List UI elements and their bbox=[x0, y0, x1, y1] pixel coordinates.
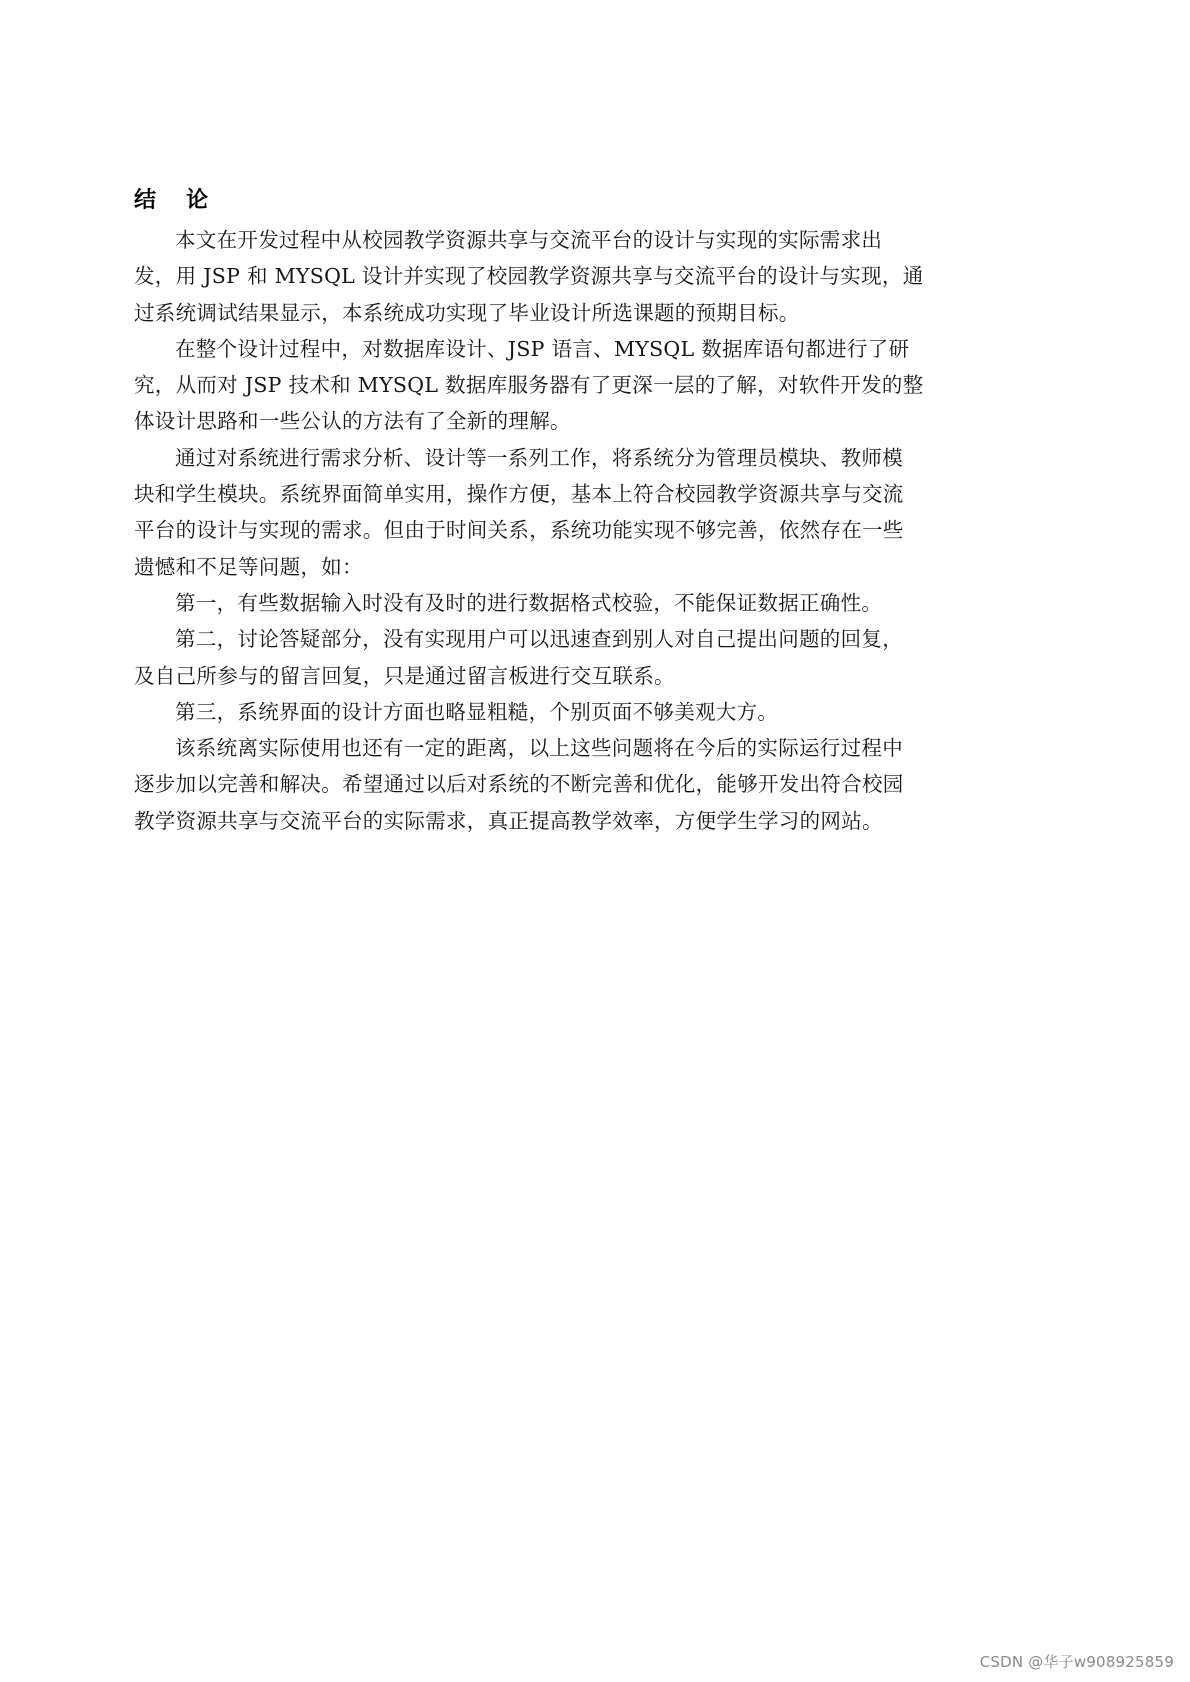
text-line: 过系统调试结果显示，本系统成功实现了毕业设计所选课题的预期目标。 bbox=[134, 295, 984, 331]
text-line: 遗憾和不足等问题，如： bbox=[134, 549, 984, 585]
paragraph-outlook: 该系统离实际使用也还有一定的距离，以上这些问题将在今后的实际运行过程中 逐步加以… bbox=[134, 730, 984, 839]
text-line: 在整个设计过程中，对数据库设计、JSP 语言、MYSQL 数据库语句都进行了研 bbox=[134, 331, 984, 367]
text-line: 本文在开发过程中从校园教学资源共享与交流平台的设计与实现的实际需求出 bbox=[134, 222, 984, 258]
text-line: 第二，讨论答疑部分，没有实现用户可以迅速查到别人对自己提出问题的回复， bbox=[134, 621, 984, 657]
text-line: 第三，系统界面的设计方面也略显粗糙，个别页面不够美观大方。 bbox=[134, 694, 984, 730]
paragraph-summary: 本文在开发过程中从校园教学资源共享与交流平台的设计与实现的实际需求出 发，用 J… bbox=[134, 222, 984, 331]
text-line: 该系统离实际使用也还有一定的距离，以上这些问题将在今后的实际运行过程中 bbox=[134, 730, 984, 766]
csdn-watermark: CSDN @华子w908925859 bbox=[980, 1651, 1174, 1672]
text-line: 通过对系统进行需求分析、设计等一系列工作，将系统分为管理员模块、教师模 bbox=[134, 440, 984, 476]
paragraph-design-process: 在整个设计过程中，对数据库设计、JSP 语言、MYSQL 数据库语句都进行了研 … bbox=[134, 331, 984, 440]
document-page: 结论 本文在开发过程中从校园教学资源共享与交流平台的设计与实现的实际需求出 发，… bbox=[0, 0, 1190, 1682]
paragraph-issue-third: 第三，系统界面的设计方面也略显粗糙，个别页面不够美观大方。 bbox=[134, 694, 984, 730]
text-line: 发，用 JSP 和 MYSQL 设计并实现了校园教学资源共享与交流平台的设计与实… bbox=[134, 258, 984, 294]
text-line: 块和学生模块。系统界面简单实用，操作方便，基本上符合校园教学资源共享与交流 bbox=[134, 476, 984, 512]
body-text: 本文在开发过程中从校园教学资源共享与交流平台的设计与实现的实际需求出 发，用 J… bbox=[134, 222, 984, 839]
paragraph-issue-second: 第二，讨论答疑部分，没有实现用户可以迅速查到别人对自己提出问题的回复， 及自己所… bbox=[134, 621, 984, 694]
text-line: 体设计思路和一些公认的方法有了全新的理解。 bbox=[134, 403, 984, 439]
text-line: 平台的设计与实现的需求。但由于时间关系，系统功能实现不够完善，依然存在一些 bbox=[134, 512, 984, 548]
text-line: 究，从而对 JSP 技术和 MYSQL 数据库服务器有了更深一层的了解，对软件开… bbox=[134, 367, 984, 403]
text-line: 逐步加以完善和解决。希望通过以后对系统的不断完善和优化，能够开发出符合校园 bbox=[134, 766, 984, 802]
section-heading: 结论 bbox=[134, 186, 238, 216]
paragraph-system-modules: 通过对系统进行需求分析、设计等一系列工作，将系统分为管理员模块、教师模 块和学生… bbox=[134, 440, 984, 585]
paragraph-issue-first: 第一，有些数据输入时没有及时的进行数据格式校验，不能保证数据正确性。 bbox=[134, 585, 984, 621]
text-line: 及自己所参与的留言回复，只是通过留言板进行交互联系。 bbox=[134, 658, 984, 694]
text-line: 第一，有些数据输入时没有及时的进行数据格式校验，不能保证数据正确性。 bbox=[134, 585, 984, 621]
text-line: 教学资源共享与交流平台的实际需求，真正提高教学效率，方便学生学习的网站。 bbox=[134, 803, 984, 839]
